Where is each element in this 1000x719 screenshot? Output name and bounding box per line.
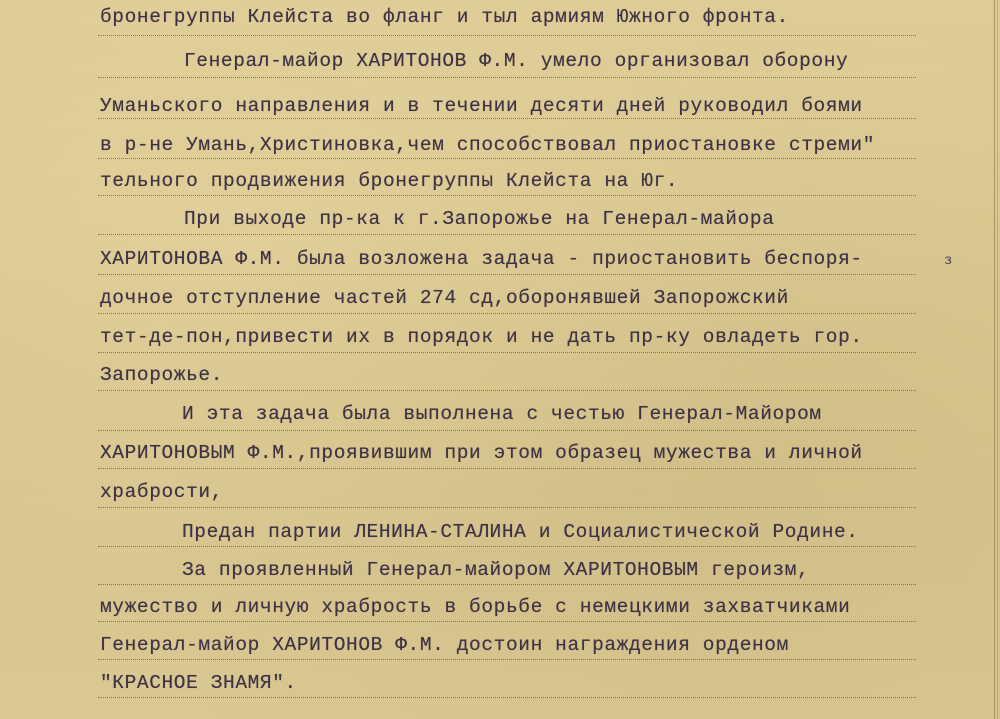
ruled-line [98, 507, 916, 508]
text-line: храбрости, [100, 481, 223, 503]
text-line: "КРАСНОЕ ЗНАМЯ". [100, 672, 297, 694]
text-line: И эта задача была выполнена с честью Ген… [182, 403, 822, 425]
ruled-line [98, 118, 916, 119]
ruled-line [98, 77, 916, 78]
page-edge-line [994, 0, 995, 719]
text-line: Генерал-майор ХАРИТОНОВ Ф.М. достоин наг… [100, 634, 789, 656]
text-line: Уманьского направления и в течении десят… [100, 95, 863, 117]
text-line: За проявленный Генерал-майором ХАРИТОНОВ… [182, 559, 809, 581]
ruled-line [98, 584, 916, 585]
text-line: в р-не Умань,Христиновка,чем способствов… [100, 134, 875, 156]
text-line: Запорожье. [100, 364, 223, 386]
text-line: бронегруппы Клейста во фланг и тыл армия… [100, 6, 789, 28]
ruled-line [98, 274, 916, 275]
text-line: Генерал-майор ХАРИТОНОВ Ф.М. умело орган… [184, 50, 848, 72]
text-line: тет-де-пон,привести их в порядок и не да… [100, 326, 863, 348]
ruled-line [98, 659, 916, 660]
text-line: мужество и личную храбрость в борьбе с н… [100, 596, 850, 618]
text-line: При выходе пр-ка к г.Запорожье на Генера… [184, 208, 775, 230]
text-line: дочное отступление частей 274 сд,обороня… [100, 287, 789, 309]
ruled-line [98, 430, 916, 431]
ruled-line [98, 35, 916, 36]
page-edge-line [997, 0, 998, 719]
stray-ink-mark: з [944, 253, 952, 269]
text-line: тельного продвижения бронегруппы Клейста… [100, 170, 678, 192]
text-line: ХАРИТОНОВА Ф.М. была возложена задача - … [100, 248, 863, 270]
ruled-line [98, 546, 916, 547]
text-line: ХАРИТОНОВЫМ Ф.М.,проявившим при этом обр… [100, 442, 863, 464]
ruled-line [98, 468, 916, 469]
text-line: Предан партии ЛЕНИНА-СТАЛИНА и Социалист… [182, 521, 859, 543]
ruled-line [98, 390, 916, 391]
ruled-line [98, 621, 916, 622]
ruled-line [98, 313, 916, 314]
ruled-line [98, 697, 916, 698]
document-page: бронегруппы Клейста во фланг и тыл армия… [0, 0, 1000, 719]
ruled-line [98, 195, 916, 196]
ruled-line [98, 158, 916, 159]
ruled-line [98, 234, 916, 235]
ruled-line [98, 352, 916, 353]
